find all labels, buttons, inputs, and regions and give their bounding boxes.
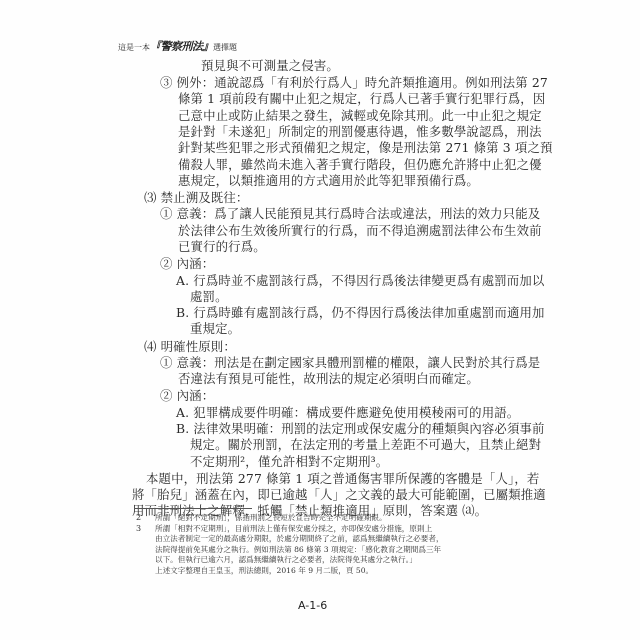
footnote-line: 上述文字整理自王皇玉，刑法總則，2016 年 9 月二版，頁 50。 (155, 566, 373, 576)
text-line: 惠規定，以類推適用的方式適用於此等犯罪預備行爲。 (178, 173, 479, 189)
text-line: A. 行爲時並不處罰該行爲，不得因行爲後法律變更爲有處罰而加以 (176, 273, 544, 289)
footnote-line: 所謂「絕對不定期刑」，係指刑罰之長短於宣告時完全不定明確期限。 (155, 513, 387, 523)
text-line: 針對某些犯罪之形式預備犯之規定，像是刑法第 271 條第 3 項之預 (178, 140, 553, 156)
text-line: 已實行的行爲。 (178, 239, 266, 255)
text-line: ① 意義：爲了讓人民能預見其行爲時合法或違法，刑法的效力只能及 (160, 206, 540, 222)
header-suffix: 選擇題 (213, 43, 237, 52)
text-line: 重規定。 (190, 321, 240, 337)
text-line: B. 法律效果明確：刑罰的法定刑或保安處分的種類與內容必須事前 (176, 421, 545, 437)
text-line: 本題中，刑法第 277 條第 1 項之普通傷害罪所保護的客體是「人」，若 (146, 471, 539, 487)
page-number: A-1-6 (298, 599, 327, 612)
footnote-line: 法院得提前免其處分之執行。例如刑法第 86 條第 3 項規定：「感化教育之期間爲… (155, 545, 441, 555)
text-line: 處罰。 (190, 289, 228, 305)
text-line: ③ 例外：通說認爲「有利於行爲人」時允許類推適用。例如刑法第 27 (160, 75, 548, 91)
text-line: ② 內涵： (160, 256, 214, 272)
text-line: 將「胎兒」涵蓋在內，即已逾越「人」之文義的最大可能範圍，已屬類推適 (132, 487, 546, 503)
text-line: 規定。關於刑罰，在法定刑的考量上差距不可過大，且禁止絕對 (190, 437, 541, 453)
text-line: 預見與不可測量之侵害。 (201, 58, 339, 74)
header-brand: 『警察刑法』 (150, 40, 213, 53)
footnote-number: 3 (136, 524, 141, 533)
footnote-line: 所謂「相對不定期刑」，目前刑法上僅有保安處分採之，亦即保安處分措施，原則上 (155, 524, 432, 534)
text-line: ⑷ 明確性原則： (144, 339, 236, 355)
running-header: 這是一本『警察刑法』選擇題 (118, 38, 237, 54)
text-line: 否違法有預見可能性，故刑法的規定必須明白而確定。 (178, 371, 479, 387)
footnote-line: 由立法者制定一定的最高處分期限，於處分期間終了之前，認爲無繼續執行之必要者， (155, 534, 444, 544)
text-line: ⑶ 禁止溯及既往： (144, 190, 248, 206)
footnote-divider (134, 508, 252, 509)
text-line: 是針對「未遂犯」所制定的刑罰優惠待遇，惟多數學說認爲，刑法 (178, 124, 542, 140)
text-line: ② 內涵： (160, 388, 214, 404)
footnote-number: 2 (136, 513, 141, 522)
text-line: 條第 1 項前段有關中止犯之規定，行爲人已著手實行犯罪行爲，因 (178, 91, 545, 107)
text-line: 己意中止或防止結果之發生，減輕或免除其刑。此一中止犯之規定 (178, 108, 542, 124)
header-prefix: 這是一本 (118, 43, 150, 52)
text-line: B. 行爲時雖有處罰該行爲，仍不得因行爲後法律加重處罰而適用加 (176, 305, 545, 321)
text-line: A. 犯罪構成要件明確：構成要件應避免使用模稜兩可的用語。 (176, 405, 519, 421)
text-line: 備殺人罪，雖然尚未進入著手實行階段，但仍應允許將中止犯之優 (178, 157, 542, 173)
text-line: ① 意義：刑法是在劃定國家具體刑罰權的權限，讓人民對於其行爲是 (160, 355, 540, 371)
text-line: 於法律公布生效後所實行的行爲，而不得追溯處罰法律公布生效前 (178, 223, 542, 239)
text-line: 不定期刑²，僅允許相對不定期刑³。 (190, 454, 388, 470)
footnote-line: 以下。但執行已逾六月，認爲無繼續執行之必要者，法院得免其處分之執行。」 (155, 555, 417, 565)
